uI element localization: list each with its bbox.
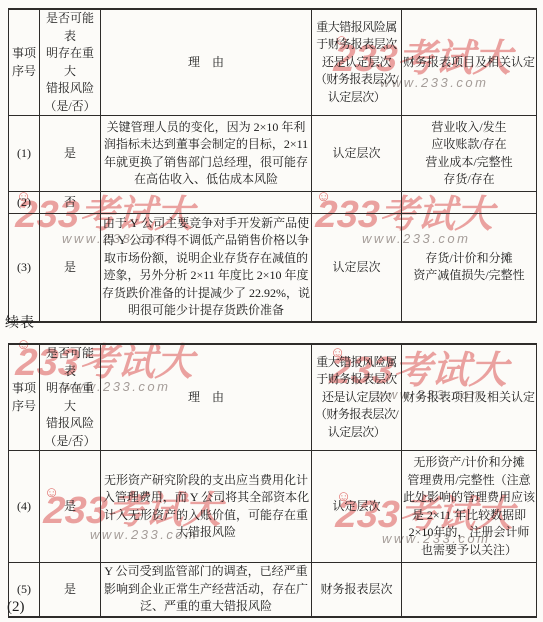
header-item-no: 事项 序号 <box>9 344 40 451</box>
cell-assertions <box>402 563 537 617</box>
table-row: (2) 否 <box>9 192 537 214</box>
answer-number-label: (2) <box>7 599 25 616</box>
risk-assessment-table-continued: 事项 序号 是否可能表 明存在重大 错报风险 （是/否） 理 由 重大错报风险属… <box>8 343 537 618</box>
scanned-document-page: ☺ 233考试大 www.233.com ☺ 233考试大 www.233.co… <box>0 0 543 622</box>
cell-item-no: (3) <box>9 214 40 322</box>
cell-item-no: (4) <box>9 451 40 563</box>
cell-assertions: 存货/计价和分摊 资产减值损失/完整性 <box>402 214 537 322</box>
cell-assertions <box>402 192 537 214</box>
cell-risk-level: 认定层次 <box>312 116 402 192</box>
cell-risk-flag: 否 <box>40 192 101 214</box>
table-row: (5) 是 Y 公司受到监管部门的调查，已经严重影响到企业正常生产经营活动，存在… <box>9 563 537 617</box>
cell-assertions: 无形资产/计价和分摊 管理费用/完整性（注意此处影响的管理费用应该是 2×11 … <box>402 451 537 563</box>
header-reason: 理 由 <box>101 344 312 451</box>
header-risk-level: 重大错报风险属 于财务报表层次 还是认定层次 （财务报表层次/ 认定层次） <box>312 9 402 116</box>
header-risk-flag: 是否可能表 明存在重大 错报风险 （是/否） <box>40 344 101 451</box>
header-item-no: 事项 序号 <box>9 9 40 116</box>
cell-reason <box>101 192 312 214</box>
cell-risk-flag: 是 <box>40 214 101 322</box>
cell-item-no: (2) <box>9 192 40 214</box>
cell-reason: Y 公司受到监管部门的调查，已经严重影响到企业正常生产经营活动，存在广泛、严重的… <box>101 563 312 617</box>
cell-risk-level <box>312 192 402 214</box>
table-row: (1) 是 关键管理人员的变化，因为 2×10 年利润指标未达到董事会制定的目标… <box>9 116 537 192</box>
risk-assessment-table: 事项 序号 是否可能表 明存在重大 错报风险 （是/否） 理 由 重大错报风险属… <box>8 8 537 323</box>
header-assertions: 财务报表项目及相关认定 <box>402 9 537 116</box>
cell-risk-level: 认定层次 <box>312 214 402 322</box>
table-row: (4) 是 无形资产研究阶段的支出应当费用化计入管理费用，而 Y 公司将其全部资… <box>9 451 537 563</box>
cell-reason: 无形资产研究阶段的支出应当费用化计入管理费用，而 Y 公司将其全部资本化计入无形… <box>101 451 312 563</box>
cell-risk-level: 财务报表层次 <box>312 563 402 617</box>
table-row: (3) 是 由于 Y 公司主要竞争对手开发新产品使得 Y 公司不得不调低产品销售… <box>9 214 537 322</box>
header-row: 事项 序号 是否可能表 明存在重大 错报风险 （是/否） 理 由 重大错报风险属… <box>9 9 537 116</box>
header-reason: 理 由 <box>101 9 312 116</box>
cell-item-no: (1) <box>9 116 40 192</box>
cell-risk-level: 认定层次 <box>312 451 402 563</box>
continuation-table-label: 续表 <box>5 312 35 332</box>
cell-risk-flag: 是 <box>40 451 101 563</box>
cell-risk-flag: 是 <box>40 563 101 617</box>
header-risk-level: 重大错报风险属 于财务报表层次 还是认定层次 （财务报表层次/ 认定层次） <box>312 344 402 451</box>
cell-risk-flag: 是 <box>40 116 101 192</box>
cell-reason: 由于 Y 公司主要竞争对手开发新产品使得 Y 公司不得不调低产品销售价格以争取市… <box>101 214 312 322</box>
header-assertions: 财务报表项目及相关认定 <box>402 344 537 451</box>
header-row: 事项 序号 是否可能表 明存在重大 错报风险 （是/否） 理 由 重大错报风险属… <box>9 344 537 451</box>
header-risk-flag: 是否可能表 明存在重大 错报风险 （是/否） <box>40 9 101 116</box>
cell-assertions: 营业收入/发生 应收账款/存在 营业成本/完整性 存货/存在 <box>402 116 537 192</box>
cell-reason: 关键管理人员的变化，因为 2×10 年利润指标未达到董事会制定的目标，2×11 … <box>101 116 312 192</box>
